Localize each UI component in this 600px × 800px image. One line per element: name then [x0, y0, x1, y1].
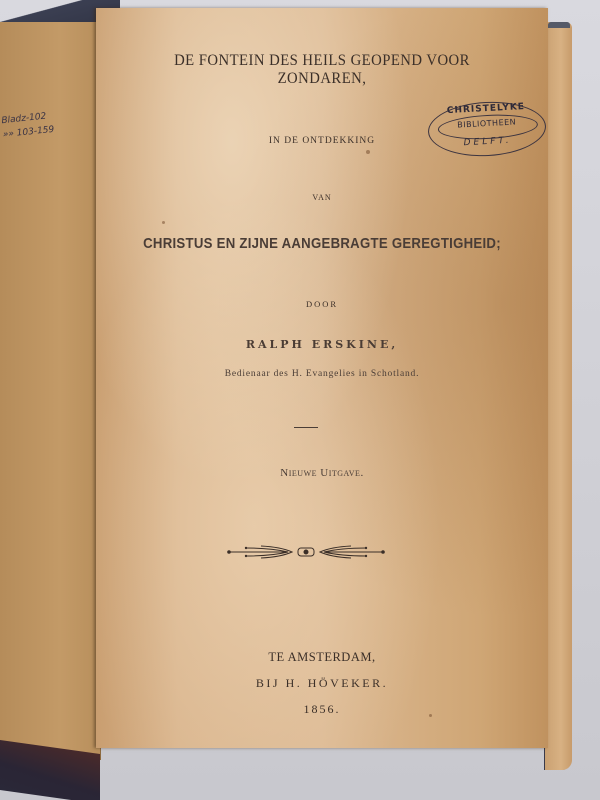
subtitle-2: VAN: [96, 193, 548, 202]
title-line-1: DE FONTEIN DES HEILS GEOPEND VOOR: [114, 52, 530, 70]
divider-rule: [294, 427, 318, 428]
publisher: BIJ H. HÖVEKER.: [96, 676, 548, 691]
author-name: RALPH ERSKINE,: [96, 338, 548, 351]
foxing-spot: [162, 221, 165, 224]
publication-year: 1856.: [96, 702, 548, 717]
edition-label: Nieuwe Uitgave.: [96, 467, 548, 479]
left-flyleaf: Bladz-102 »» 103-159: [0, 22, 101, 760]
page-edges: [544, 22, 572, 770]
library-stamp: CHRISTELYKE BIBLIOTHEEN DELFT.: [427, 99, 548, 159]
foxing-spot: [366, 150, 370, 154]
author-role: Bedienaar des H. Evangelies in Schotland…: [96, 369, 548, 379]
title-line-3: CHRISTUS EN ZIJNE AANGEBRAGTE GEREGTIGHE…: [123, 235, 521, 252]
back-cover-edge: [548, 22, 570, 28]
by-label: DOOR: [96, 299, 548, 309]
title-line-2: ZONDAREN,: [114, 70, 530, 88]
handwritten-note: Bladz-102 »» 103-159: [1, 106, 83, 142]
ornament-icon: [226, 544, 386, 560]
publication-place: TE AMSTERDAM,: [96, 650, 548, 665]
